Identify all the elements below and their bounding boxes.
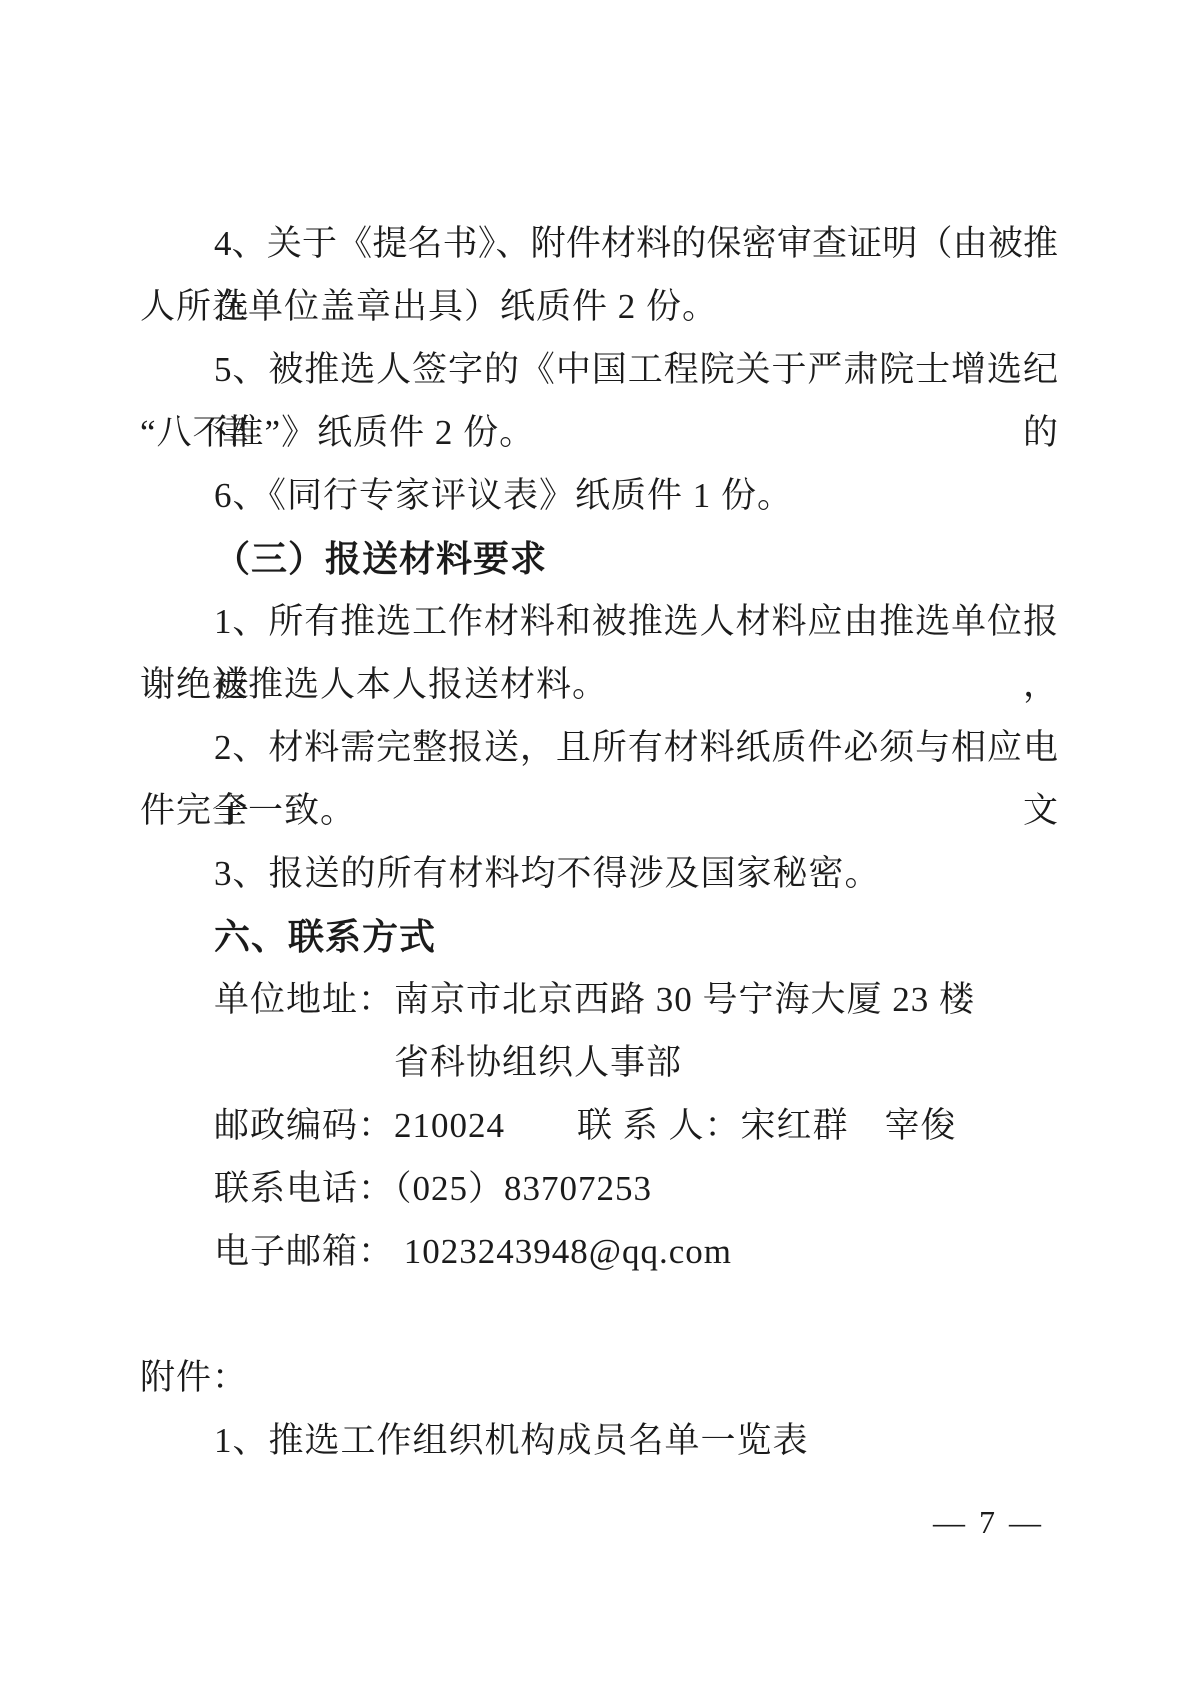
doc-line: 1、所有推选工作材料和被推选人材料应由推选单位报送，: [140, 590, 1058, 653]
contact-address-line: 单位地址：南京市北京西路 30 号宁海大厦 23 楼: [140, 968, 1058, 1031]
doc-line: 4、关于《提名书》、附件材料的保密审查证明（由被推选: [140, 212, 1058, 275]
contact-postcode-line: 邮政编码：210024 联 系 人：宋红群 宰俊: [140, 1094, 1058, 1157]
doc-line: 2、材料需完整报送，且所有材料纸质件必须与相应电子文: [140, 716, 1058, 779]
page-number: — 7 —: [933, 1498, 1044, 1546]
contact-address-line2: 省科协组织人事部: [140, 1031, 1058, 1094]
section-heading-contact: 六、联系方式: [140, 905, 1058, 968]
contact-phone-line: 联系电话：（025）83707253: [140, 1157, 1058, 1220]
blank-line: [140, 1283, 1058, 1346]
attachment-item-1: 1、推选工作组织机构成员名单一览表: [140, 1409, 1058, 1472]
document-body: 4、关于《提名书》、附件材料的保密审查证明（由被推选 人所在单位盖章出具）纸质件…: [140, 212, 1058, 1472]
doc-line: 6、《同行专家评议表》纸质件 1 份。: [140, 464, 1058, 527]
attachments-label: 附件：: [140, 1346, 1058, 1409]
contact-email-line: 电子邮箱： 1023243948@qq.com: [140, 1220, 1058, 1283]
section-heading-materials-requirements: （三）报送材料要求: [140, 527, 1058, 590]
document-page: 4、关于《提名书》、附件材料的保密审查证明（由被推选 人所在单位盖章出具）纸质件…: [0, 0, 1199, 1696]
doc-line: 3、报送的所有材料均不得涉及国家秘密。: [140, 842, 1058, 905]
doc-line: 5、被推选人签字的《中国工程院关于严肃院士增选纪律的: [140, 338, 1058, 401]
doc-line: 人所在单位盖章出具）纸质件 2 份。: [140, 275, 1058, 338]
